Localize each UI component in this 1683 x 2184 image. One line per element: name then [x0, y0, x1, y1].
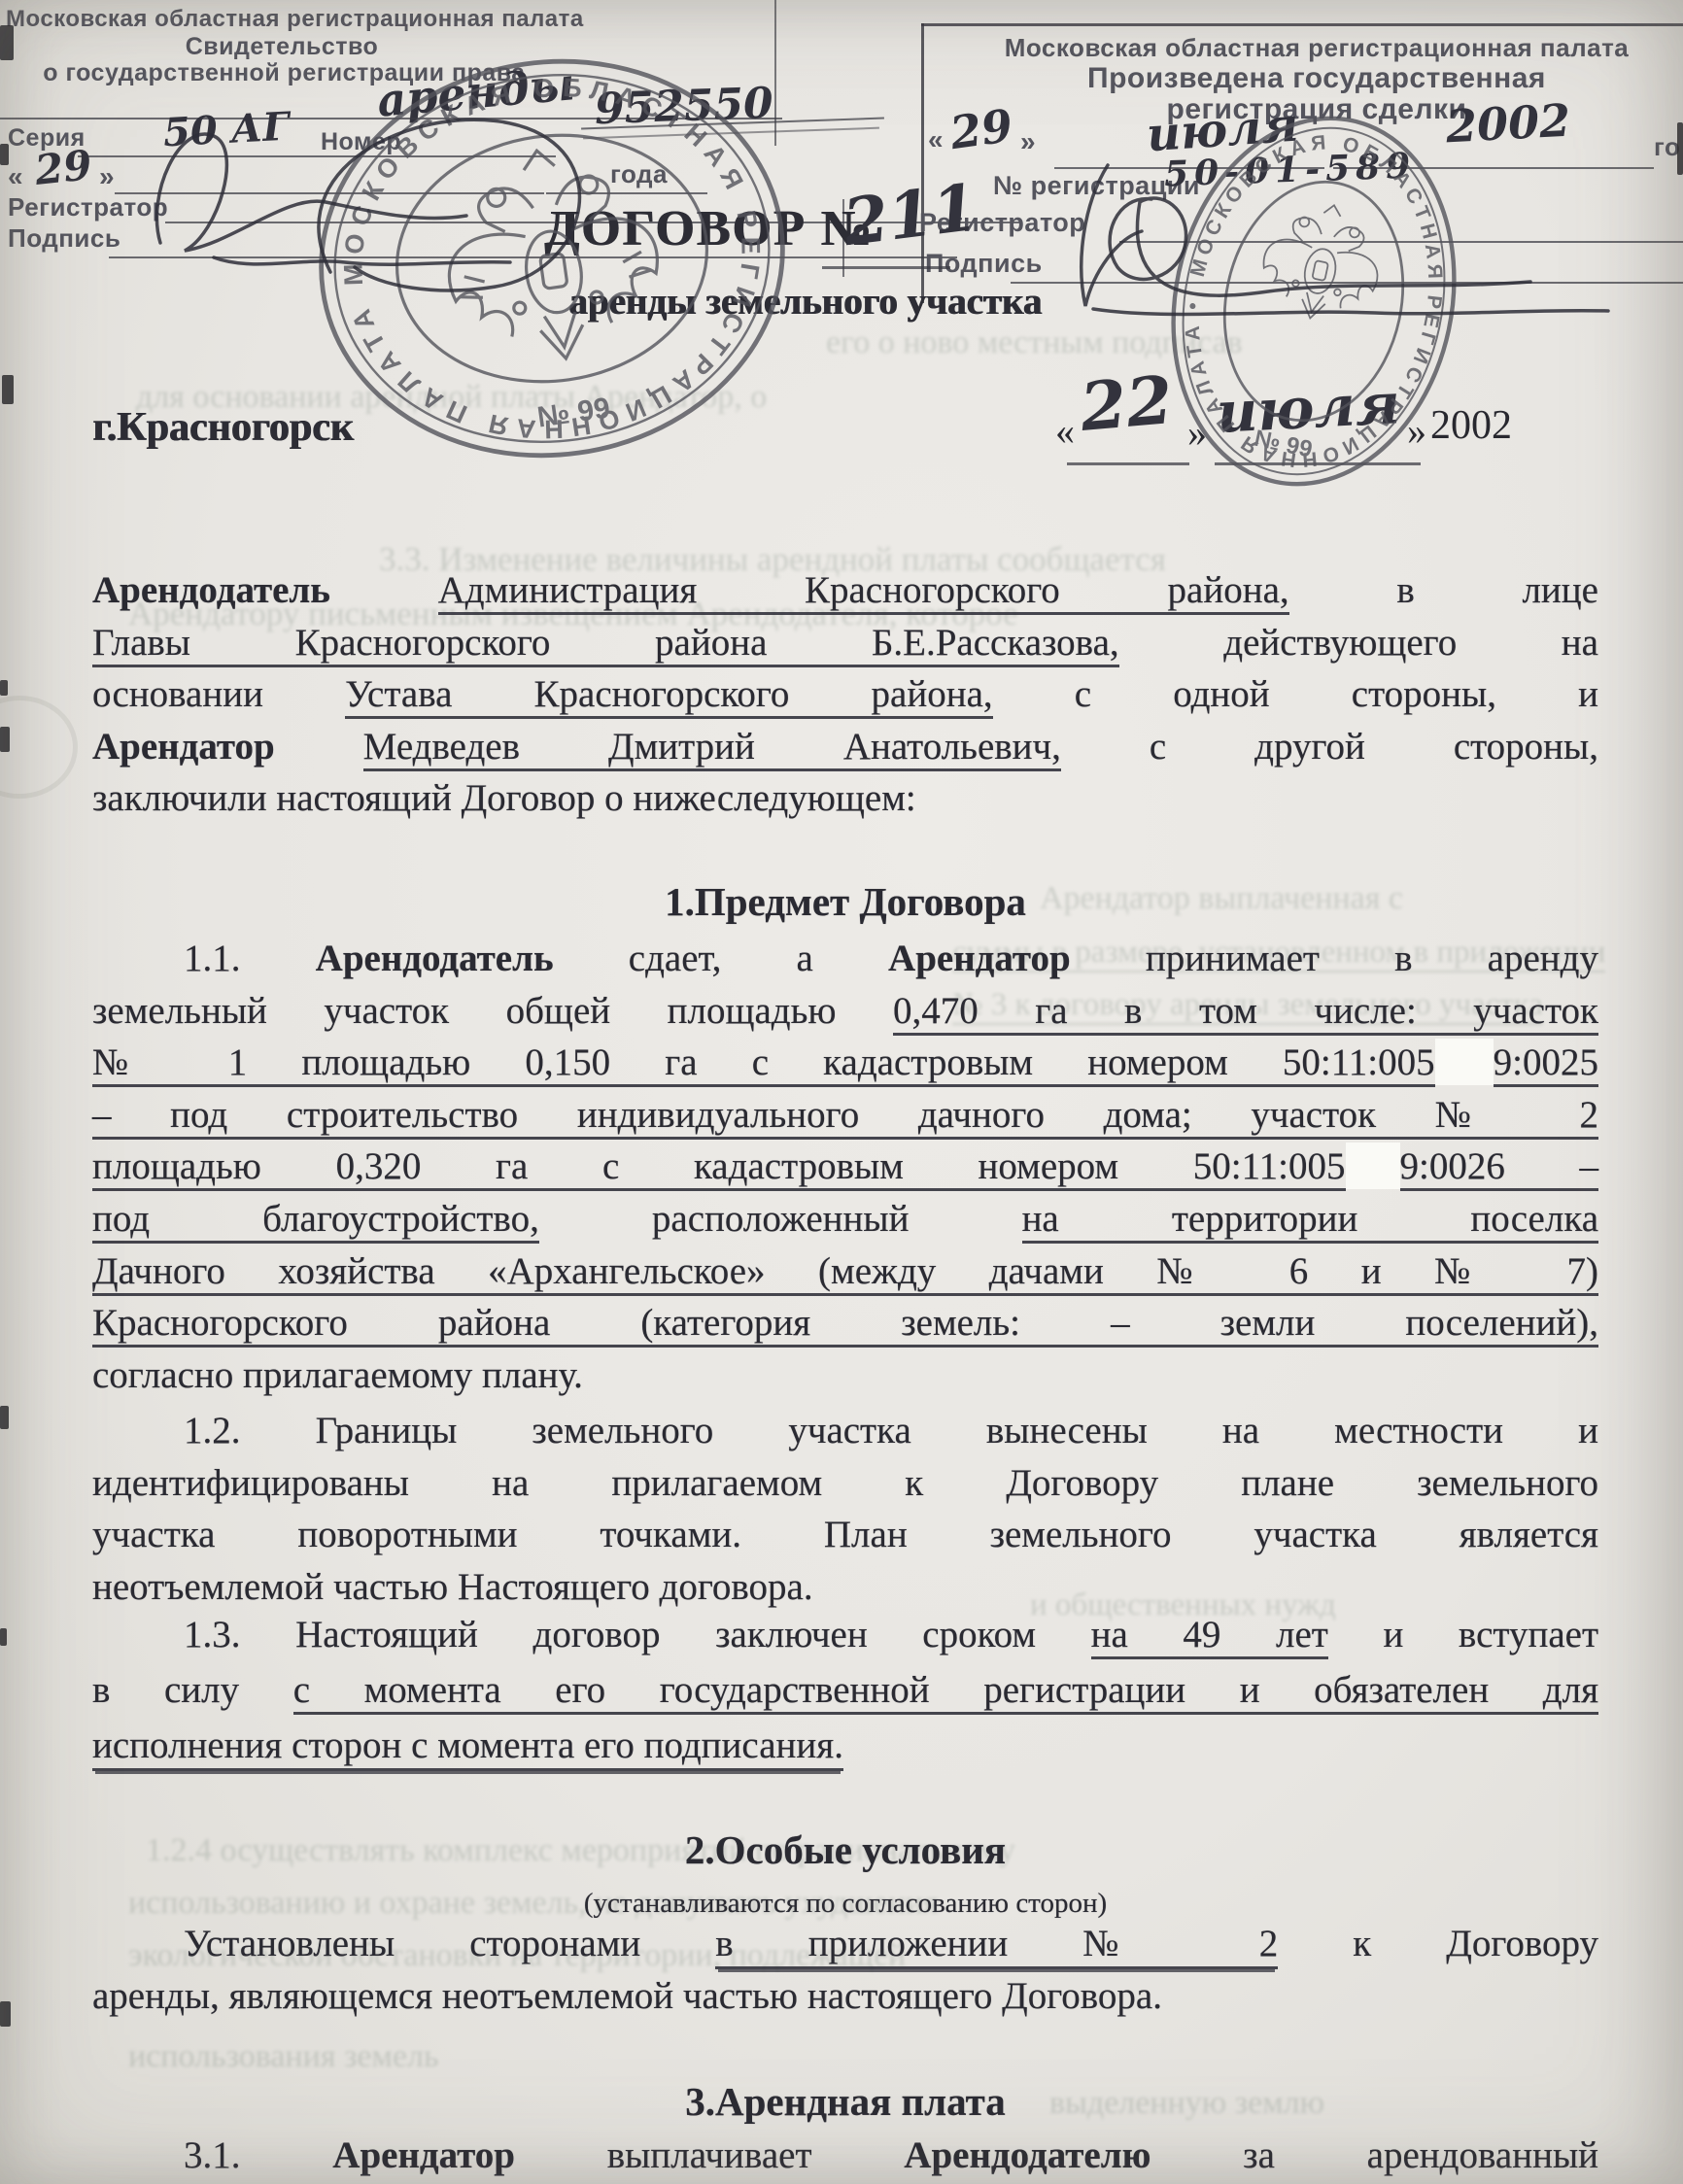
text-line: № 1 площадью 0,150 га с кадастровым номе…: [92, 1039, 1598, 1087]
text-segment: Арендодатель: [316, 938, 554, 979]
stamp-org-name: Московская областная регистрационная пал…: [6, 6, 565, 33]
text-line: исполнения сторон с момента его подписан…: [92, 1722, 1598, 1770]
text-segment: сдает, а: [554, 938, 888, 979]
contract-number-underline: [822, 266, 950, 269]
text-line: под благоустройство, расположенный на те…: [92, 1195, 1598, 1244]
scan-artifact: [0, 2001, 11, 2027]
text-segment: с одной стороны, и: [993, 673, 1598, 715]
text-segment: исполнения сторон с момента его подписан…: [92, 1724, 843, 1771]
text-line: заключили настоящий Договор о нижеследую…: [92, 774, 1598, 823]
text-line: площадью 0,320 га с кадастровым номером …: [92, 1143, 1598, 1191]
text-segment: Красногорского района (категория земель:…: [92, 1302, 1598, 1348]
text-segment: на территории поселка: [1022, 1198, 1598, 1244]
document-page: его о ново местным подписавдля основании…: [0, 0, 1683, 2184]
text-segment: 0,470 га в том числе: участок: [893, 990, 1598, 1036]
text-line: Арендатор Медведев Дмитрий Анатольевич, …: [92, 723, 1598, 771]
section-heading: 3.Арендная плата: [92, 2077, 1598, 2126]
text-segment: с другой стороны,: [1061, 726, 1598, 768]
text-segment: – под строительство индивидуального дачн…: [92, 1094, 1598, 1140]
stamp-org-name: Московская областная регистрационная пал…: [950, 33, 1683, 63]
text-line: 3.1. Арендатор выплачивает Арендодателю …: [92, 2132, 1598, 2180]
text-segment: 9:0025: [1494, 1041, 1598, 1087]
date-quote: «: [1055, 408, 1075, 454]
text-segment: 2.Особые условия: [685, 1827, 1006, 1872]
text-segment: в приложении № 2: [715, 1923, 1278, 1969]
scan-artifact: [0, 25, 14, 60]
redaction-box: [1346, 1143, 1400, 1189]
text-segment: Администрация Красногорского района,: [438, 569, 1289, 615]
quote-close: »: [99, 161, 115, 192]
signature-right: [1025, 146, 1647, 340]
signature-left: [126, 78, 670, 301]
text-line: Дачного хозяйства «Архангельское» (между…: [92, 1247, 1598, 1296]
date-year: 2002: [1430, 402, 1512, 449]
text-segment: расположенный: [539, 1198, 1022, 1240]
text-segment: согласно прилагаемому плану.: [92, 1354, 583, 1396]
text-segment: 3.Арендная плата: [685, 2079, 1005, 2124]
text-line: земельный участок общей площадью 0,470 г…: [92, 987, 1598, 1036]
text-line: неотъемлемой частью Настоящего договора.: [92, 1563, 1598, 1612]
text-segment: принимает в аренду: [1071, 938, 1598, 979]
text-line: идентифицированы на прилагаемом к Догово…: [92, 1459, 1598, 1508]
text-segment: с момента его государственной регистраци…: [293, 1669, 1598, 1715]
text-line: 1.2. Границы земельного участка вынесены…: [92, 1407, 1598, 1455]
text-segment: площадью 0,320 га с кадастровым номером …: [92, 1145, 1346, 1191]
text-line: Главы Красногорского района Б.Е.Рассказо…: [92, 619, 1598, 667]
text-segment: 1.1.: [184, 938, 316, 979]
text-segment: в лице: [1289, 569, 1598, 611]
text-segment: Дачного хозяйства «Архангельское» (между…: [92, 1250, 1598, 1296]
text-line: согласно прилагаемому плану.: [92, 1351, 1598, 1400]
text-segment: неотъемлемой частью Настоящего договора.: [92, 1566, 813, 1608]
redaction-box: [1435, 1039, 1494, 1085]
faint-stamp-mark: [0, 696, 78, 799]
text-segment: Установлены сторонами: [184, 1923, 715, 1964]
text-segment: Арендатор: [92, 726, 363, 768]
handwritten-day: 29: [947, 99, 1016, 159]
text-segment: и вступает: [1328, 1614, 1598, 1655]
text-segment: 3.1.: [184, 2134, 332, 2176]
text-segment: Медведев Дмитрий Анатольевич,: [363, 726, 1061, 771]
podpis-label: Подпись: [8, 223, 120, 254]
text-segment: Арендатор: [888, 938, 1071, 979]
text-line: Красногорского района (категория земель:…: [92, 1299, 1598, 1348]
text-segment: действующего на: [1119, 622, 1598, 664]
stamp-box-border: [921, 23, 1683, 26]
scan-artifact: [0, 1406, 9, 1429]
scan-artifact: [2, 375, 14, 404]
stamp-action-line1: Произведена государственная: [950, 62, 1683, 95]
text-line: – под строительство индивидуального дачн…: [92, 1091, 1598, 1140]
scan-artifact: [1677, 122, 1683, 175]
text-segment: за арендованный: [1151, 2134, 1598, 2176]
handwritten-day: 29: [33, 141, 94, 194]
text-segment: 1.2. Границы земельного участка вынесены…: [184, 1410, 1598, 1451]
text-segment: Устава Красногорского района,: [345, 673, 993, 719]
text-segment: 9:0026 –: [1400, 1145, 1599, 1191]
text-segment: идентифицированы на прилагаемом к Догово…: [92, 1462, 1598, 1504]
text-line: Установлены сторонами в приложении № 2 к…: [92, 1920, 1598, 1968]
stamp-divider-line: [774, 0, 776, 146]
text-line: в силу с момента его государственной рег…: [92, 1666, 1598, 1715]
text-line: основании Устава Красногорского района, …: [92, 670, 1598, 719]
text-segment: Главы Красногорского района Б.Е.Рассказо…: [92, 622, 1119, 667]
text-line: Арендодатель Администрация Красногорског…: [92, 566, 1598, 615]
text-segment: 1.Предмет Договора: [665, 879, 1026, 924]
text-segment: Арендодатель: [92, 569, 438, 611]
scan-artifact: [0, 144, 9, 165]
text-line: 1.3. Настоящий договор заключен сроком н…: [92, 1611, 1598, 1659]
section-heading: 2.Особые условия: [92, 1826, 1598, 1874]
text-segment: основании: [92, 673, 345, 715]
stamp-doc-type: Свидетельство: [0, 33, 564, 61]
text-segment: № 1 площадью 0,150 га с кадастровым номе…: [92, 1041, 1435, 1087]
bleedthrough-text: использования земель: [128, 2038, 439, 2075]
text-segment: на 49 лет: [1091, 1614, 1328, 1659]
stamp-box-border: [921, 23, 924, 303]
quote-open: «: [928, 124, 944, 155]
text-segment: заключили настоящий Договор о нижеследую…: [92, 777, 916, 819]
text-line: 1.1. Арендодатель сдает, а Арендатор при…: [92, 935, 1598, 983]
text-segment: земельный участок общей площадью: [92, 990, 893, 1032]
section-heading: 1.Предмет Договора: [92, 877, 1598, 926]
scan-artifact: [0, 680, 8, 696]
city-label: г.Красногорск: [92, 404, 354, 451]
text-segment: (устанавливаются по согласованию сторон): [584, 1888, 1107, 1919]
text-segment: 1.3. Настоящий договор заключен сроком: [184, 1614, 1091, 1655]
text-line: участка поворотными точками. План земель…: [92, 1511, 1598, 1559]
text-segment: к Договору: [1278, 1923, 1598, 1964]
text-segment: выплачивает: [515, 2134, 904, 2176]
text-segment: аренды, являющемся неотъемлемой частью н…: [92, 1975, 1162, 2017]
text-line: аренды, являющемся неотъемлемой частью н…: [92, 1972, 1598, 2021]
text-segment: под благоустройство,: [92, 1198, 539, 1244]
scan-artifact: [0, 1628, 7, 1646]
handwritten-contract-number: 211: [840, 169, 981, 260]
text-segment: Арендодателю: [904, 2134, 1151, 2176]
quote-open: «: [8, 161, 23, 192]
text-segment: в силу: [92, 1669, 293, 1711]
text-segment: участка поворотными точками. План земель…: [92, 1514, 1598, 1555]
text-segment: Арендатор: [332, 2134, 515, 2176]
